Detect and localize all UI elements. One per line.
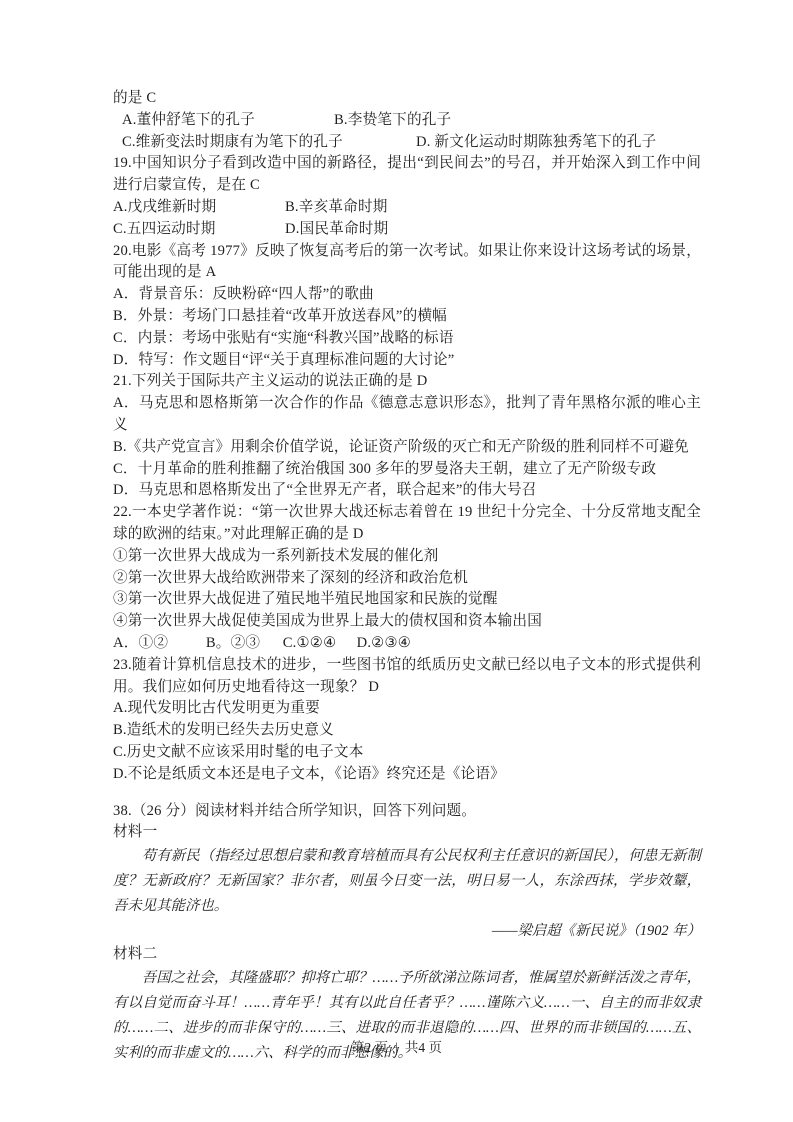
q22-answer-a: A．①②: [113, 633, 202, 655]
page-content: 的是 C A.董仲舒笔下的孔子 B.李贽笔下的孔子 C.维新变法时期康有为笔下的…: [113, 88, 701, 1066]
q18-option-a: A.董仲舒笔下的孔子: [122, 110, 334, 132]
q22-statement-3: ③第一次世界大战促进了殖民地半殖民地国家和民族的觉醒: [113, 589, 701, 611]
q19-option-row-1: A.戊戌维新时期 B.辛亥革命时期: [113, 197, 701, 219]
q38-material1-text: 苟有新民（指经过思想启蒙和教育培植而具有公民权利主任意识的新国民），何患无新制度…: [113, 844, 701, 919]
q21-option-c: C．十月革命的胜利推翻了统治俄国 300 多年的罗曼洛夫王朝，建立了无产阶级专政: [113, 459, 701, 481]
section-gap: [113, 786, 701, 801]
q18-option-c: C.维新变法时期康有为笔下的孔子: [122, 132, 416, 154]
q21-option-b: B.《共产党宣言》用剩余价值学说，论证资产阶级的灭亡和无产阶级的胜利同样不可避免: [113, 437, 701, 459]
q20-option-c: C．内景：考场中张贴有“实施“科教兴国”战略的标语: [113, 328, 701, 350]
q23-option-d: D.不论是纸质文本还是电子文本，《论语》终究还是《论语》: [113, 764, 701, 786]
q18-option-row-2: C.维新变法时期康有为笔下的孔子 D. 新文化运动时期陈独秀笔下的孔子: [113, 132, 701, 154]
q21-option-d: D．马克思和恩格斯发出了“全世界无产者，联合起来”的伟大号召: [113, 480, 701, 502]
q18-option-d: D. 新文化运动时期陈独秀笔下的孔子: [416, 132, 656, 154]
q22-statement-2: ②第一次世界大战给欧洲带来了深刻的经济和政治危机: [113, 568, 701, 590]
q22-answer-d: D.②③④: [357, 633, 411, 655]
q20-stem: 20.电影《高考 1977》反映了恢复高考后的第一次考试。如果让你来设计这场考试…: [113, 241, 701, 285]
q23-option-c: C.历史文献不应该采用时髦的电子文本: [113, 742, 701, 764]
q19-stem: 19.中国知识分子看到改造中国的新路径，提出“到民间去”的号召，并开始深入到工作…: [113, 153, 701, 197]
q38-stem: 38.（26 分）阅读材料并结合所学知识，回答下列问题。: [113, 801, 701, 823]
q19-option-a: A.戊戌维新时期: [113, 197, 285, 219]
q21-option-a: A．马克思和恩格斯第一次合作的作品《德意志意识形态》，批判了青年黑格尔派的唯心主…: [113, 393, 701, 437]
q19-option-row-2: C.五四运动时期 D.国民革命时期: [113, 219, 701, 241]
q23-option-b: B.造纸术的发明已经失去历史意义: [113, 720, 701, 742]
q18-option-row-1: A.董仲舒笔下的孔子 B.李贽笔下的孔子: [113, 110, 701, 132]
q20-option-d: D．特写：作文题目“评“关于真理标准问题的大讨论”: [113, 350, 701, 372]
q18-option-b: B.李贽笔下的孔子: [334, 110, 451, 132]
q19-option-d: D.国民革命时期: [285, 219, 388, 241]
q21-stem: 21.下列关于国际共产主义运动的说法正确的是 D: [113, 371, 701, 393]
footer-separator: |: [395, 1040, 398, 1055]
q38-material1-label: 材料一: [113, 822, 701, 844]
q22-statement-1: ①第一次世界大战成为一系列新技术发展的催化剂: [113, 546, 701, 568]
q20-option-a: A．背景音乐：反映粉碎“四人帮”的歌曲: [113, 284, 701, 306]
footer-page-number: 第2 页: [351, 1040, 388, 1055]
q23-option-a: A.现代发明比古代发明更为重要: [113, 698, 701, 720]
q22-answer-row: A．①② B。②③ C.①②④ D.②③④: [113, 633, 701, 655]
footer-page-total: 共4 页: [405, 1040, 442, 1055]
q23-stem: 23.随着计算机信息技术的进步，一些图书馆的纸质历史文献已经以电子文本的形式提供…: [113, 655, 701, 699]
page-footer: 第2 页|共4 页: [0, 1036, 793, 1056]
q18-stem-tail: 的是 C: [113, 88, 701, 110]
q38-material2-label: 材料二: [113, 944, 701, 966]
q22-statement-4: ④第一次世界大战促使美国成为世界上最大的债权国和资本输出国: [113, 611, 701, 633]
q19-option-b: B.辛亥革命时期: [285, 197, 388, 219]
q19-option-c: C.五四运动时期: [113, 219, 285, 241]
exam-page: 的是 C A.董仲舒笔下的孔子 B.李贽笔下的孔子 C.维新变法时期康有为笔下的…: [0, 0, 793, 1122]
q22-answer-b: B。②③: [206, 633, 279, 655]
q20-option-b: B．外景：考场门口悬挂着“改革开放送春风”的横幅: [113, 306, 701, 328]
q38-material1-source: ——梁启超《新民说》（1902 年）: [113, 919, 701, 944]
q22-stem: 22.一本史学著作说：“第一次世界大战还标志着曾在 19 世纪十分完全、十分反常…: [113, 502, 701, 546]
q22-answer-c: C.①②④: [283, 633, 353, 655]
